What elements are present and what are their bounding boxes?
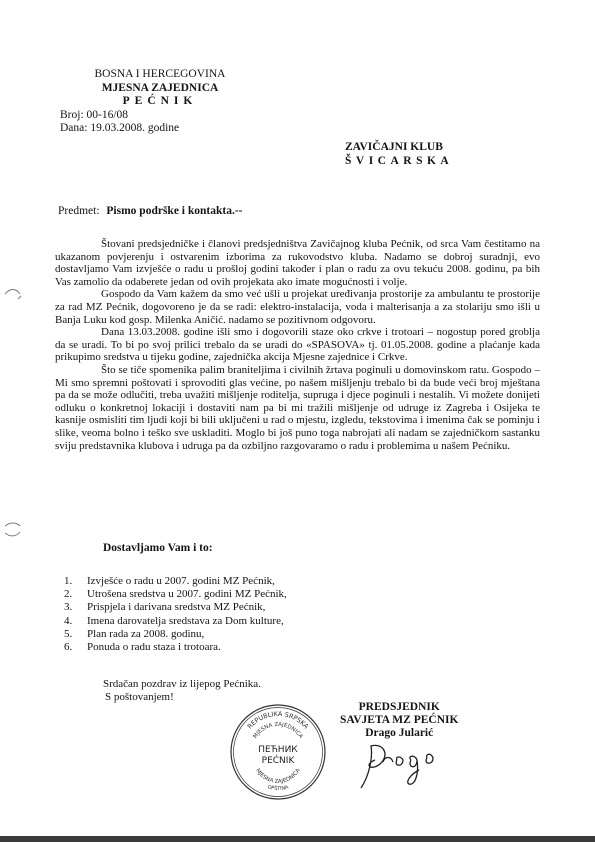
paragraph: Dana 13.03.2008. godine išli smo i dogov…: [55, 326, 540, 364]
item-text: Imena darovatelja sredstava za Dom kultu…: [87, 615, 284, 628]
item-number: 2.: [64, 588, 87, 601]
signer-title-1: PREDSJEDNIK: [340, 701, 458, 714]
item-text: Prispjela i darivana sredstva MZ Pećnik,: [87, 601, 265, 614]
svg-text:MJESNA ZAJEDNICA: MJESNA ZAJEDNICA: [254, 768, 302, 785]
list-item: 1.Izvješće o radu u 2007. godini MZ Pećn…: [64, 575, 287, 588]
item-text: Ponuda o radu staza i trotoara.: [87, 641, 221, 654]
scan-bottom-edge: [0, 836, 595, 842]
enclosures-title: Dostavljamo Vam i to:: [103, 542, 213, 554]
list-item: 5.Plan rada za 2008. godinu,: [64, 628, 287, 641]
paragraph: Što se tiče spomenika palim braniteljima…: [55, 364, 540, 452]
closing: Srdačan pozdrav iz lijepog Pećnika. S po…: [103, 678, 261, 704]
closing-greeting: Srdačan pozdrav iz lijepog Pećnika.: [103, 678, 261, 691]
list-item: 6.Ponuda o radu staza i trotoara.: [64, 641, 287, 654]
item-text: Izvješće o radu u 2007. godini MZ Pećnik…: [87, 575, 275, 588]
country-name: BOSNA I HERCEGOVINA: [60, 68, 260, 82]
item-text: Utrošena sredstva u 2007. godini MZ Pećn…: [87, 588, 287, 601]
recipient-line-1: ZAVIČAJNI KLUB: [345, 140, 453, 154]
paragraph: Gospodo da Vam kažem da smo već ušli u p…: [55, 288, 540, 326]
signature-block: PREDSJEDNIK SAVJETA MZ PEĆNIK Drago Jula…: [340, 701, 458, 740]
svg-text:PEĆNIK: PEĆNIK: [262, 754, 296, 766]
letter-body: Štovani predsjedničke i članovi predsjed…: [55, 238, 540, 452]
item-number: 5.: [64, 628, 87, 641]
item-number: 3.: [64, 601, 87, 614]
list-item: 2.Utrošena sredstva u 2007. godini MZ Pe…: [64, 588, 287, 601]
margin-mark-icon: [2, 286, 24, 304]
svg-text:MJESNA ZAJEDNICA: MJESNA ZAJEDNICA: [252, 722, 303, 740]
letter-date: Dana: 19.03.2008. godine: [60, 122, 260, 136]
place-name: PEĆNIK: [60, 95, 260, 109]
enclosures-list: 1.Izvješće o radu u 2007. godini MZ Pećn…: [64, 575, 287, 654]
letterhead: BOSNA I HERCEGOVINA MJESNA ZAJEDNICA PEĆ…: [60, 68, 260, 136]
reference-number: Broj: 00-16/08: [60, 109, 260, 123]
signer-title-2: SAVJETA MZ PEĆNIK: [340, 714, 458, 727]
handwritten-signature-icon: [355, 738, 455, 793]
item-number: 6.: [64, 641, 87, 654]
svg-text:ПЕЋНИК: ПЕЋНИК: [258, 745, 298, 755]
list-item: 4.Imena darovatelja sredstava za Dom kul…: [64, 615, 287, 628]
subject-text: Pismo podrške i kontakta.--: [106, 205, 242, 217]
organization-name: MJESNA ZAJEDNICA: [60, 82, 260, 96]
recipient-address: ZAVIČAJNI KLUB ŠVICARSKA: [345, 140, 453, 168]
subject-label: Predmet:: [58, 205, 100, 217]
margin-mark-icon: [2, 520, 24, 538]
subject-line: Predmet: Pismo podrške i kontakta.--: [58, 205, 243, 217]
official-stamp-icon: REPUBLIKA SRPSKA MJESNA ZAJEDNICA ПЕЋНИК…: [228, 702, 328, 802]
item-text: Plan rada za 2008. godinu,: [87, 628, 204, 641]
item-number: 1.: [64, 575, 87, 588]
item-number: 4.: [64, 615, 87, 628]
svg-text:OPŠTINA: OPŠTINA: [267, 784, 290, 792]
list-item: 3.Prispjela i darivana sredstva MZ Pećni…: [64, 601, 287, 614]
paragraph: Štovani predsjedničke i članovi predsjed…: [55, 238, 540, 288]
recipient-line-2: ŠVICARSKA: [345, 154, 453, 168]
